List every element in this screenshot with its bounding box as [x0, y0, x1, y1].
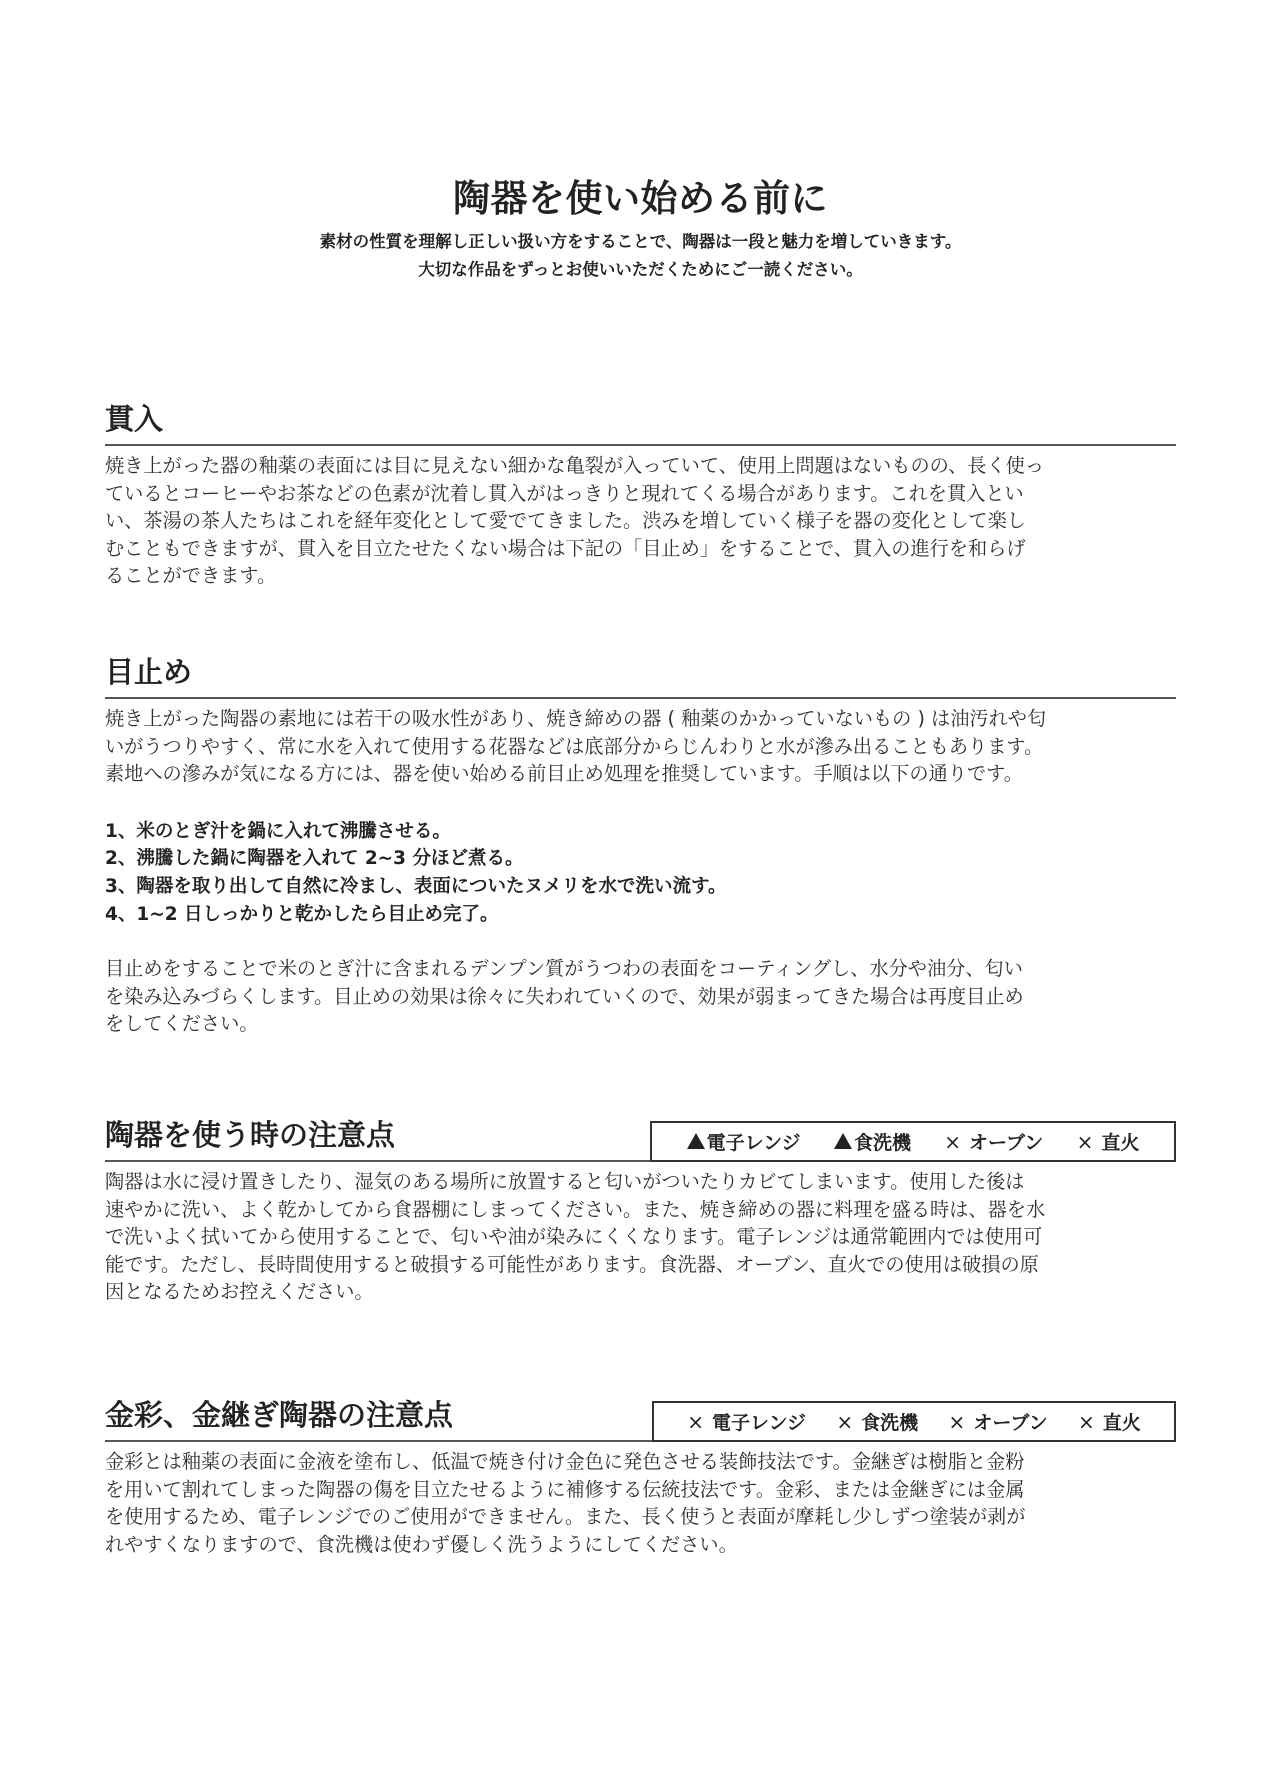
badge-label: 食洗機 [854, 1128, 911, 1155]
body-line: 目止めをすることで米のとぎ汁に含まれるデンプン質がうつわの表面をコーティングし、… [105, 955, 1176, 983]
document-title: 陶器を使い始める前に [105, 168, 1176, 222]
cross-icon: × [836, 1410, 853, 1434]
section-heading: 貫入 [105, 397, 163, 438]
section-heading: 目止め [105, 650, 192, 691]
procedure-steps: 1、米のとぎ汁を鍋に入れて沸騰させる。 2、沸騰した鍋に陶器を入れて 2~3 分… [105, 818, 1176, 928]
badge-dishwasher: × 食洗機 [836, 1408, 918, 1435]
cross-icon: × [949, 1410, 966, 1434]
body-line: 陶器は水に浸け置きしたり、湿気のある場所に放置すると匂いがついたりカビてしまいま… [105, 1168, 1176, 1196]
section-header: 金彩、金継ぎ陶器の注意点 × 電子レンジ × 食洗機 × オーブン × 直火 [105, 1388, 1176, 1442]
section-gold-cautions: 金彩、金継ぎ陶器の注意点 × 電子レンジ × 食洗機 × オーブン × 直火 [105, 1388, 1176, 1558]
step-item: 4、1~2 日しっかりと乾かしたら目止め完了。 [105, 901, 1176, 929]
cross-icon: × [944, 1130, 961, 1154]
section-header: 目止め [105, 645, 1176, 699]
section-kannyu: 貫入 焼き上がった器の釉薬の表面には目に見えない細かな亀裂が入っていて、使用上問… [105, 392, 1176, 590]
body-line: 因となるためお控えください。 [105, 1278, 1176, 1306]
badge-oven: × オーブン [949, 1408, 1048, 1435]
cross-icon: × [1078, 1410, 1095, 1434]
step-item: 3、陶器を取り出して自然に冷まし、表面についたヌメリを水で洗い流す。 [105, 873, 1176, 901]
badge-open-flame: × 直火 [1078, 1408, 1141, 1435]
section-body-after: 目止めをすることで米のとぎ汁に含まれるデンプン質がうつわの表面をコーティングし、… [105, 955, 1176, 1038]
body-line: れやすくなりますので、食洗機は使わず優しく洗うようにしてください。 [105, 1531, 1176, 1559]
badge-dishwasher: 食洗機 [834, 1128, 911, 1155]
intro-line: 大切な作品をずっとお使いいただくためにご一読ください。 [105, 256, 1176, 284]
step-item: 1、米のとぎ汁を鍋に入れて沸騰させる。 [105, 818, 1176, 846]
body-line: 焼き上がった器の釉薬の表面には目に見えない細かな亀裂が入っていて、使用上問題はな… [105, 452, 1176, 480]
badge-label: オーブン [969, 1128, 1043, 1155]
body-line: 素地への滲みが気になる方には、器を使い始める前目止め処理を推奨しています。手順は… [105, 760, 1176, 788]
section-body: 焼き上がった陶器の素地には若干の吸水性があり、焼き締めの器 ( 釉薬のかかってい… [105, 705, 1176, 788]
badge-label: 食洗機 [861, 1408, 918, 1435]
badge-label: 電子レンジ [712, 1408, 806, 1435]
badge-label: 直火 [1101, 1128, 1139, 1155]
badge-microwave: 電子レンジ [687, 1128, 801, 1155]
intro-line: 素材の性質を理解し正しい扱い方をすることで、陶器は一段と魅力を増していきます。 [105, 228, 1176, 256]
compatibility-box: × 電子レンジ × 食洗機 × オーブン × 直火 [652, 1401, 1176, 1442]
body-line: を使用するため、電子レンジでのご使用ができません。また、長く使うと表面が摩耗し少… [105, 1503, 1176, 1531]
body-line: 金彩とは釉薬の表面に金液を塗布し、低温で焼き付け金色に発色させる装飾技法です。金… [105, 1448, 1176, 1476]
body-line: をしてください。 [105, 1010, 1176, 1038]
cross-icon: × [1077, 1130, 1094, 1154]
section-body: 金彩とは釉薬の表面に金液を塗布し、低温で焼き付け金色に発色させる装飾技法です。金… [105, 1448, 1176, 1558]
compatibility-box: 電子レンジ 食洗機 × オーブン × 直火 [650, 1121, 1176, 1162]
body-line: を染み込みづらくします。目止めの効果は徐々に失われていくので、効果が弱まってきた… [105, 983, 1176, 1011]
body-line: 焼き上がった陶器の素地には若干の吸水性があり、焼き締めの器 ( 釉薬のかかってい… [105, 705, 1176, 733]
badge-open-flame: × 直火 [1077, 1128, 1140, 1155]
body-line: 速やかに洗い、よく乾かしてから食器棚にしまってください。また、焼き締めの器に料理… [105, 1196, 1176, 1224]
section-body: 焼き上がった器の釉薬の表面には目に見えない細かな亀裂が入っていて、使用上問題はな… [105, 452, 1176, 590]
section-usage-cautions: 陶器を使う時の注意点 電子レンジ 食洗機 × オーブン × 直火 [105, 1108, 1176, 1306]
badge-label: 直火 [1103, 1408, 1141, 1435]
body-line: いがうつりやすく、常に水を入れて使用する花器などは底部分からじんわりと水が滲み出… [105, 733, 1176, 761]
cross-icon: × [687, 1410, 704, 1434]
section-heading: 金彩、金継ぎ陶器の注意点 [105, 1393, 453, 1434]
section-medome: 目止め 焼き上がった陶器の素地には若干の吸水性があり、焼き締めの器 ( 釉薬のか… [105, 645, 1176, 1038]
body-line: ているとコーヒーやお茶などの色素が沈着し貫入がはっきりと現れてくる場合があります… [105, 480, 1176, 508]
triangle-icon [687, 1133, 705, 1149]
body-line: 能です。ただし、長時間使用すると破損する可能性があります。食洗器、オーブン、直火… [105, 1251, 1176, 1279]
intro-text: 素材の性質を理解し正しい扱い方をすることで、陶器は一段と魅力を増していきます。 … [105, 228, 1176, 284]
section-heading: 陶器を使う時の注意点 [105, 1113, 395, 1154]
badge-oven: × オーブン [944, 1128, 1043, 1155]
badge-microwave: × 電子レンジ [687, 1408, 806, 1435]
body-line: を用いて割れてしまった陶器の傷を目立たせるように補修する伝統技法です。金彩、また… [105, 1476, 1176, 1504]
section-header: 貫入 [105, 392, 1176, 446]
body-line: い、茶湯の茶人たちはこれを経年変化として愛でてきました。渋みを増していく様子を器… [105, 507, 1176, 535]
badge-label: オーブン [973, 1408, 1047, 1435]
step-item: 2、沸騰した鍋に陶器を入れて 2~3 分ほど煮る。 [105, 845, 1176, 873]
section-header: 陶器を使う時の注意点 電子レンジ 食洗機 × オーブン × 直火 [105, 1108, 1176, 1162]
triangle-icon [834, 1133, 852, 1149]
body-line: ることができます。 [105, 562, 1176, 590]
body-line: むこともできますが、貫入を目立たせたくない場合は下記の「目止め」をすることで、貫… [105, 535, 1176, 563]
section-body: 陶器は水に浸け置きしたり、湿気のある場所に放置すると匂いがついたりカビてしまいま… [105, 1168, 1176, 1306]
body-line: で洗いよく拭いてから使用することで、匂いや油が染みにくくなります。電子レンジは通… [105, 1223, 1176, 1251]
badge-label: 電子レンジ [707, 1128, 801, 1155]
